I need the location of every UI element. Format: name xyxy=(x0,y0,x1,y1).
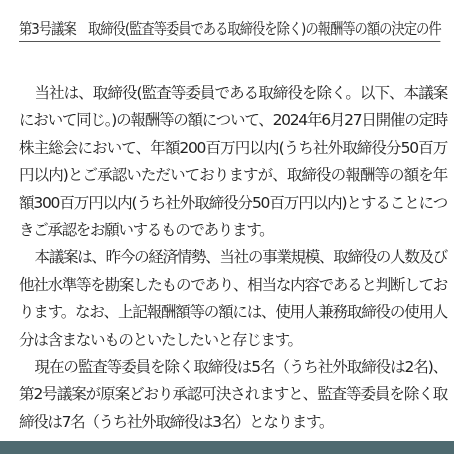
paragraph-proposal: 当社は、取締役(監査等委員である取締役を除く。以下、本議案において同じ。)の報酬… xyxy=(19,80,447,244)
footer-bar xyxy=(0,441,454,454)
agenda-title: 第3号議案 取締役(監査等委員である取締役を除く)の報酬等の額の決定の件 xyxy=(19,18,441,42)
agenda-body: 当社は、取締役(監査等委員である取締役を除く。以下、本議案において同じ。)の報酬… xyxy=(19,80,447,436)
document: 第3号議案 取締役(監査等委員である取締役を除く)の報酬等の額の決定の件 当社は… xyxy=(19,18,447,436)
paragraph-rationale: 本議案は、昨今の経済情勢、当社の事業規模、取締役の人数及び他社水準等を勘案したも… xyxy=(19,244,447,354)
paragraph-board-composition: 現在の監査等委員を除く取締役は5名（うち社外取締役は2名)、第2号議案が原案どお… xyxy=(19,354,447,436)
